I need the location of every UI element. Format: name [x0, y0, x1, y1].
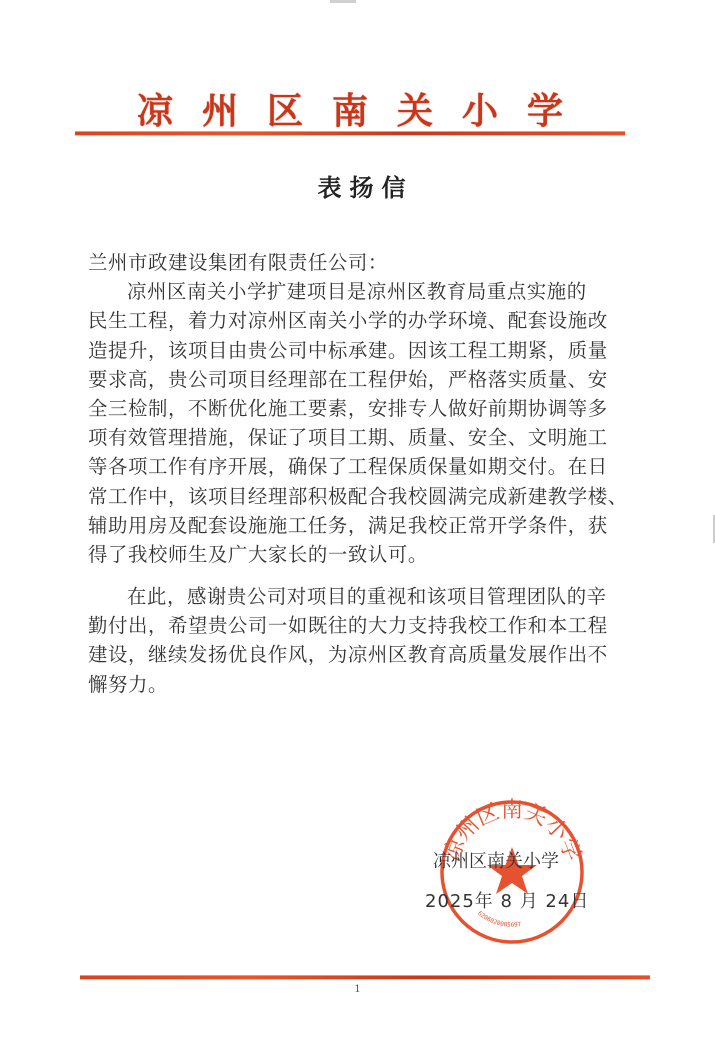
paragraph-1-line: 凉州区南关小学扩建项目是凉州区教育局重点实施的: [88, 277, 633, 306]
letterhead-organization: 凉州区南关小学: [75, 88, 625, 134]
paragraph-1-line: 民生工程，着力对凉州区南关小学的办学环境、配套设施改: [88, 306, 633, 335]
paragraph-gap: [88, 569, 633, 582]
paragraph-2-line: 勤付出，希望贵公司一如既往的大力支持我校工作和本工程: [88, 611, 633, 640]
document-title: 表扬信: [0, 168, 715, 203]
sender-name: 凉州区南关小学: [433, 842, 589, 882]
paragraph-1-line: 辅助用房及配套设施施工任务，满足我校正常开学条件，获: [88, 511, 633, 540]
paragraph-1-line: 等各项工作有序开展，确保了工程保质保量如期交付。在日: [88, 452, 633, 481]
footer-red-rule: [80, 975, 650, 979]
paragraph-1-line: 全三检制，不断优化施工要素，安排专人做好前期协调等多: [88, 394, 633, 423]
paragraph-2-line: 建设，继续发扬优良作风，为凉州区教育高质量发展作出不: [88, 640, 633, 669]
signature-block: 凉州区南关小学 2025年 8 月 24日: [433, 842, 589, 922]
letter-body: 兰州市政建设集团有限责任公司： 凉州区南关小学扩建项目是凉州区教育局重点实施的 …: [88, 248, 633, 699]
letterhead: 凉州区南关小学: [75, 88, 625, 134]
letterhead-red-rule: [75, 131, 625, 135]
paragraph-2-line: 在此，感谢贵公司对项目的重视和该项目管理团队的辛: [88, 582, 633, 611]
paragraph-1-line: 常工作中，该项目经理部积极配合我校圆满完成新建教学楼、: [88, 482, 633, 511]
paragraph-1-line: 项有效管理措施，保证了项目工期、质量、安全、文明施工: [88, 423, 633, 452]
paragraph-1-line: 要求高，贵公司项目经理部在工程伊始，严格落实质量、安: [88, 365, 633, 394]
page-number: 1: [0, 984, 715, 995]
top-edge-mark: [330, 0, 356, 3]
paragraph-1-line: 造提升，该项目由贵公司中标承建。因该工程工期紧，质量: [88, 336, 633, 365]
letter-date: 2025年 8 月 24日: [425, 882, 589, 922]
paragraph-2-line: 懈努力。: [88, 670, 633, 699]
paragraph-1-line: 得了我校师生及广大家长的一致认可。: [88, 540, 633, 569]
salutation: 兰州市政建设集团有限责任公司：: [88, 248, 633, 277]
